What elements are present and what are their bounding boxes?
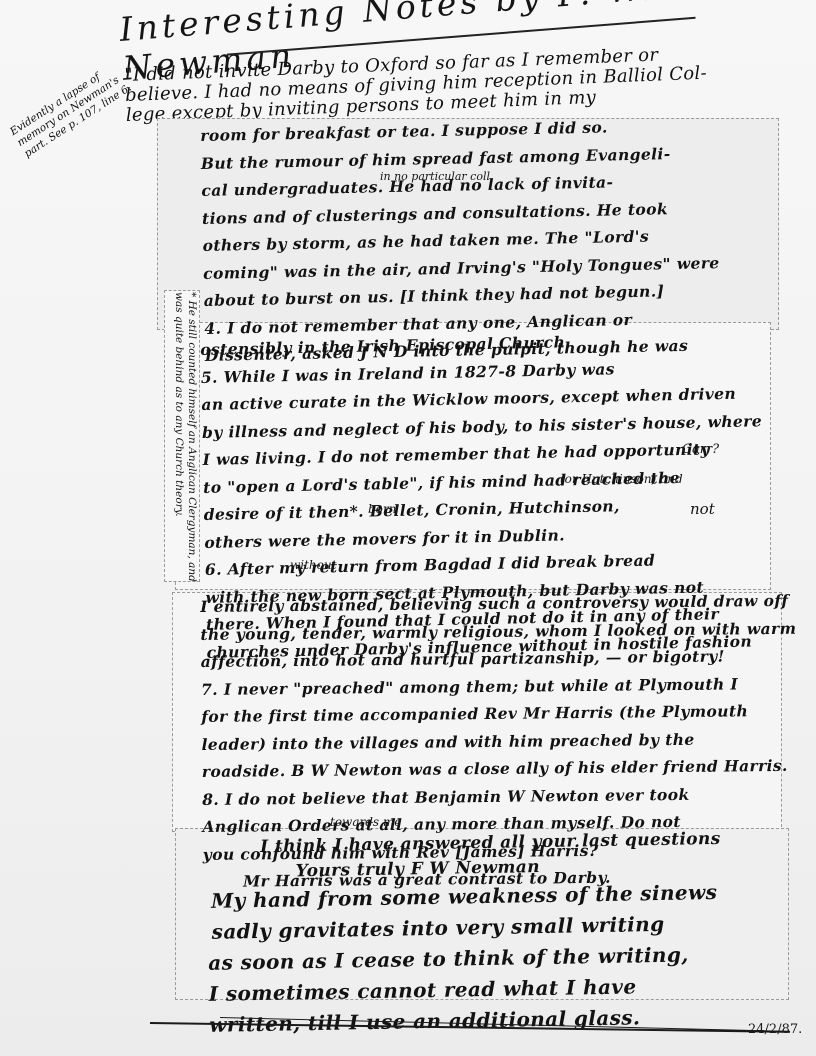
interlinear-without: without bbox=[290, 558, 336, 572]
interlinear-hutchinson: (or Hutchinson) and bbox=[560, 472, 683, 486]
interlinear-towards-me: towards me bbox=[330, 815, 401, 829]
slip-4-text: I think I have answered all your last qu… bbox=[200, 827, 724, 1041]
side-note-line: was quite behind as to any Church theory… bbox=[172, 292, 185, 582]
side-note-line: * He still counted himself an Anglican C… bbox=[185, 292, 198, 582]
side-footnote: * He still counted himself an Anglican C… bbox=[172, 292, 198, 582]
interlinear-note: in no particular coll. bbox=[380, 170, 494, 183]
interlinear-born: born bbox=[368, 502, 396, 516]
scanned-page: Interesting Notes by F. W. Newman "I did… bbox=[0, 0, 816, 1056]
interlinear-not: not bbox=[690, 500, 715, 518]
interlinear-carr: Carr? bbox=[682, 442, 719, 457]
date-stamp: 24/2/87. bbox=[748, 1022, 802, 1037]
